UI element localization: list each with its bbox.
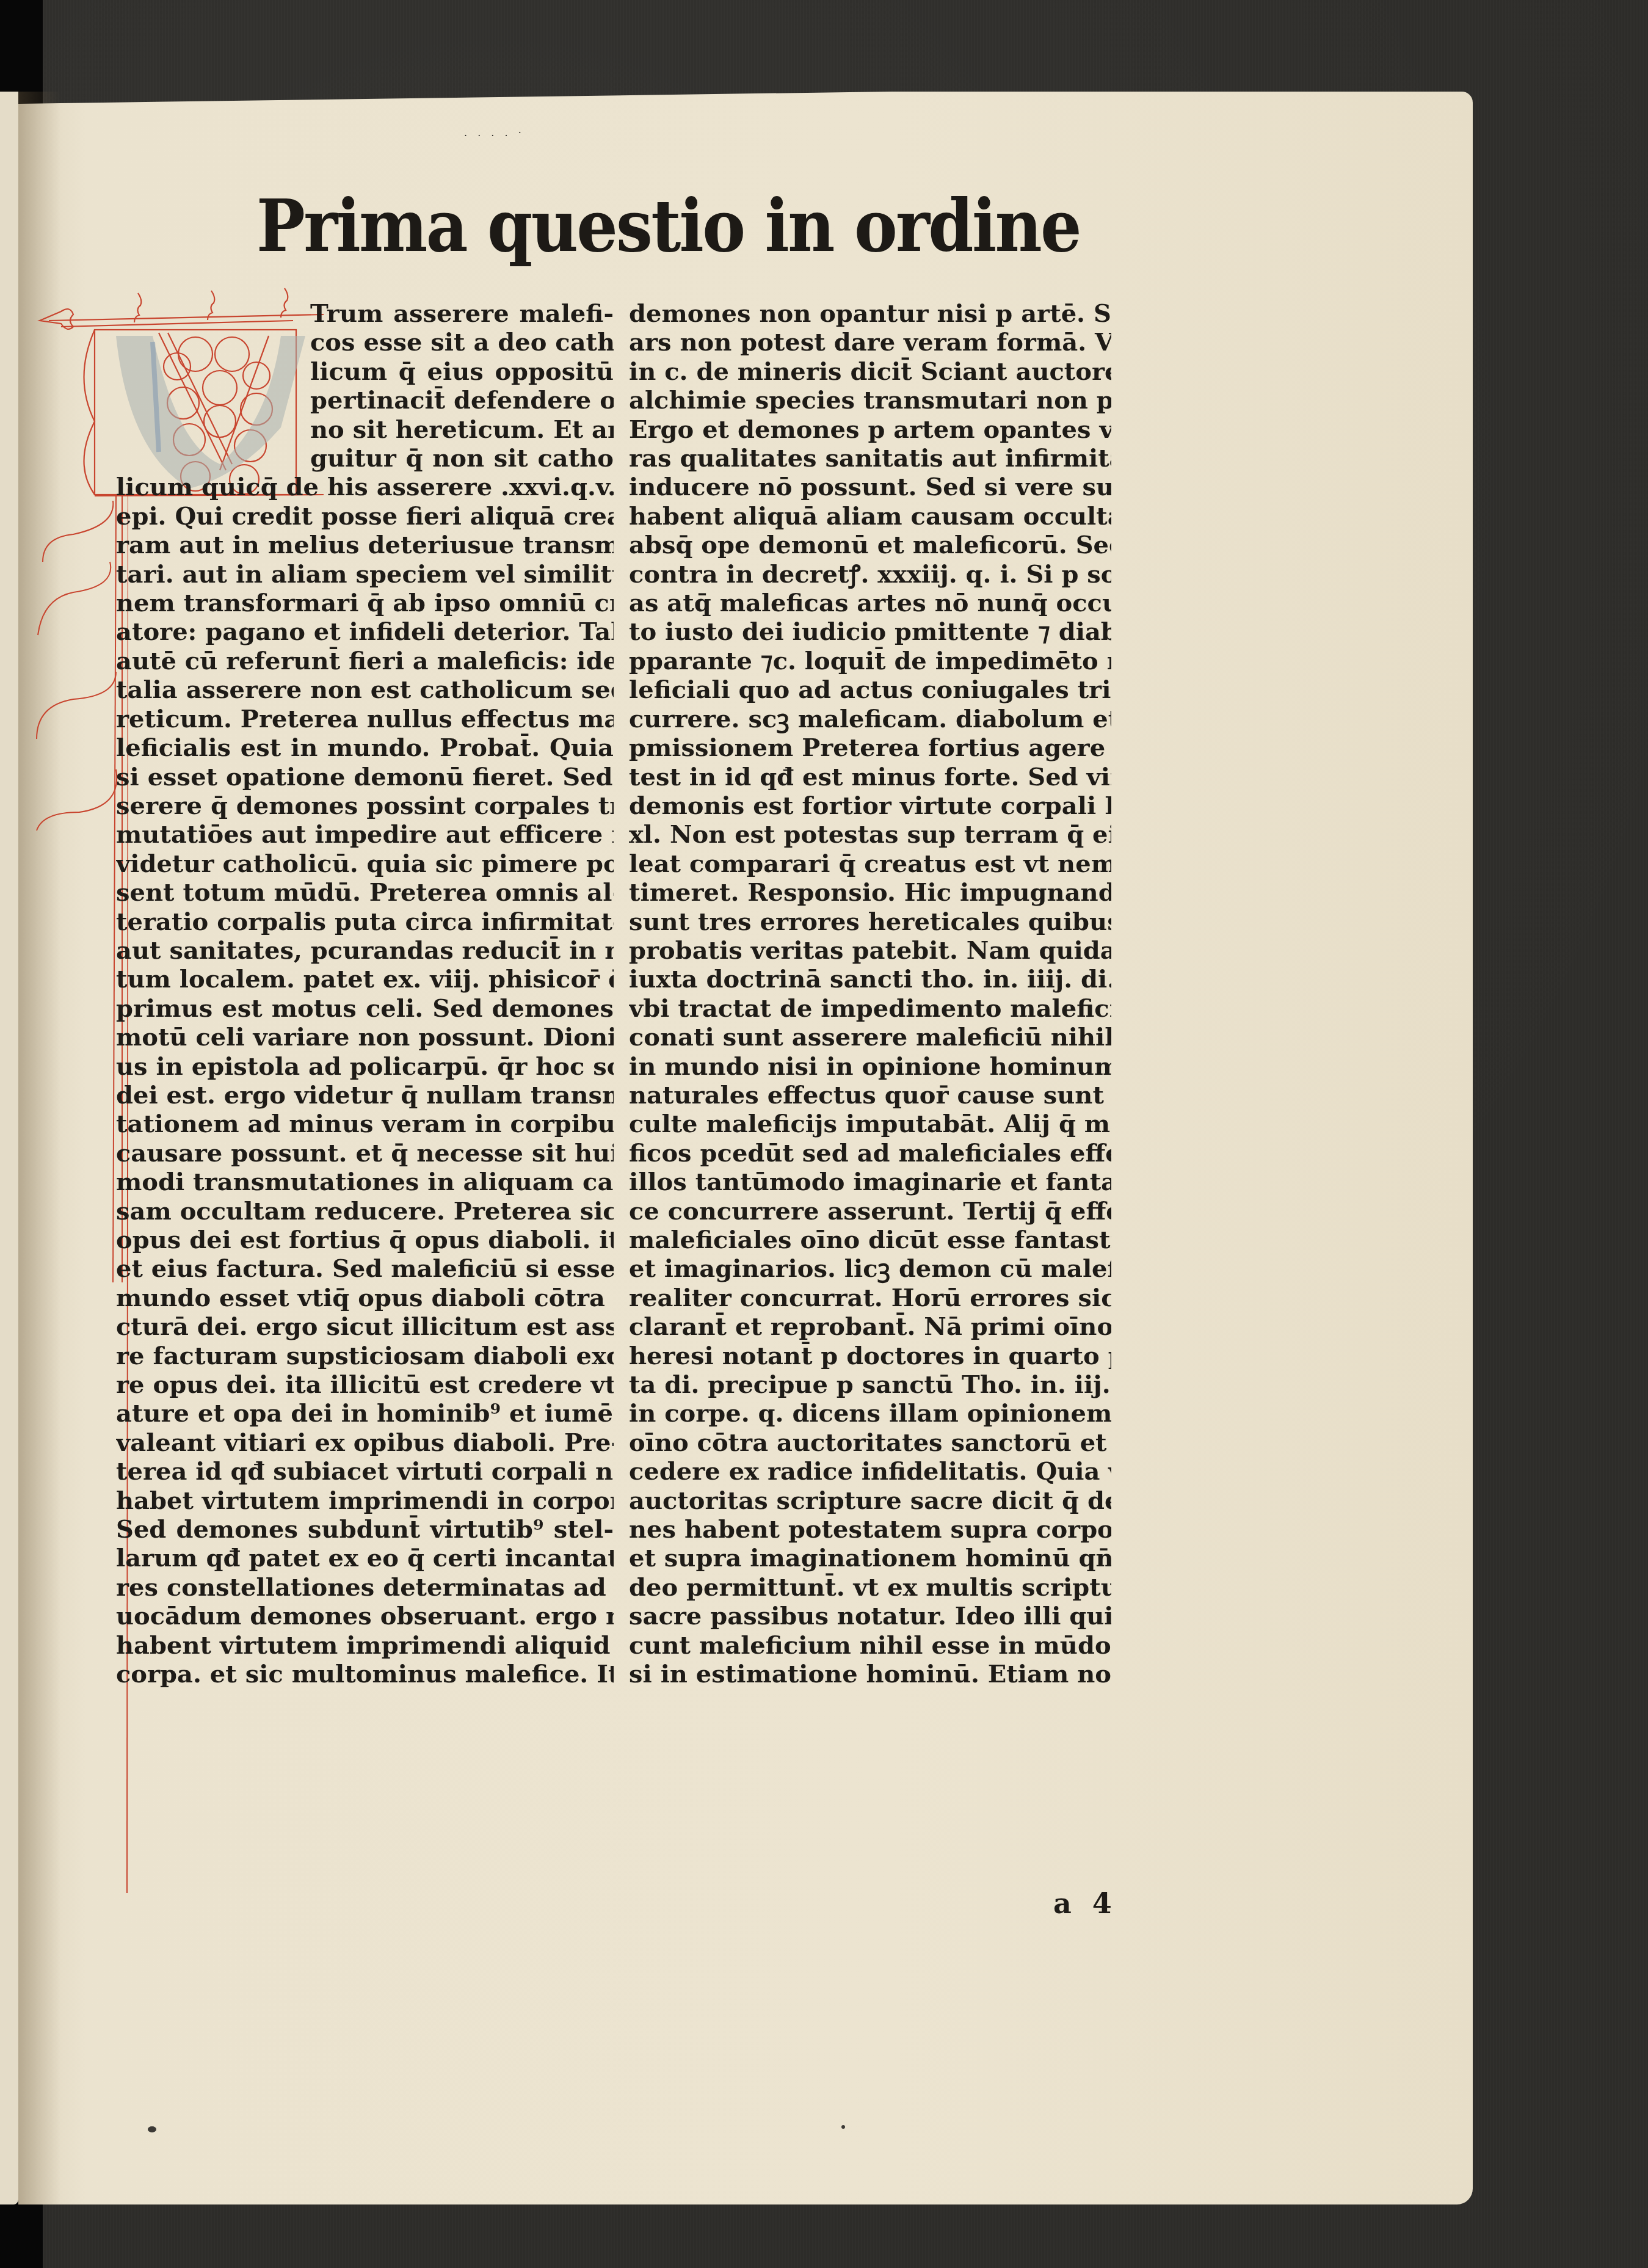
text-line: videtur catholicū. quia sic pimere pos-: [116, 849, 614, 878]
text-line: illos tantūmodo imaginarie et fantasti: [629, 1168, 1111, 1196]
text-line: primus est motus celi. Sed demones: [116, 994, 614, 1023]
text-line: habet virtutem imprimendi in corpora: [116, 1486, 614, 1515]
text-line: re opus dei. ita illicitū est credere vt…: [116, 1370, 614, 1399]
text-line: cos esse sit a deo catho-: [310, 328, 614, 357]
text-line: to iusto dei iudicio pmittente ⁊ diabolo: [629, 617, 1111, 646]
text-line: talia asserere non est catholicum sed he…: [116, 675, 614, 704]
text-line: leficiali quo ad actus coniugales tria c…: [629, 675, 1111, 704]
text-line: nes habent potestatem supra corporalia: [629, 1515, 1111, 1544]
text-line: causare possunt. et q̄ necesse sit huius…: [116, 1139, 614, 1168]
text-line: pmissionem Preterea fortius agere po: [629, 733, 1111, 762]
page-title: Prima questio in ordine: [256, 183, 1080, 268]
text-line: ram aut in melius deteriusue transmu: [116, 531, 614, 559]
text-line: si in estimatione hominū. Etiam non: [629, 1660, 1111, 1688]
text-line: test in id qđ est minus forte. Sed virt⁹: [629, 763, 1111, 791]
text-line: inducere nō possunt. Sed si vere sunt: [629, 473, 1111, 501]
text-line: as atq̄ maleficas artes nō nunq̄ occul: [629, 589, 1111, 617]
text-line: motū celi variare non possunt. Dionisi: [116, 1023, 614, 1052]
text-line: et supra imaginationem hominū qn̄ a: [629, 1544, 1111, 1572]
text-line: ficos pcedūt sed ad maleficiales effect⁹: [629, 1139, 1111, 1168]
text-line: si esset opatione demonū fieret. Sed as: [116, 763, 614, 791]
text-line: sunt tres errores hereticales quibus re: [629, 907, 1111, 936]
paper-speck: [148, 2126, 156, 2132]
text-line: clarant̄ et reprobant̄. Nā primi oīno de: [629, 1312, 1111, 1341]
text-line: atore: pagano et infideli deterior. Tali…: [116, 617, 614, 646]
text-line: timeret. Responsio. Hic impugnandi: [629, 878, 1111, 907]
text-line: opus dei est fortius q̄ opus diaboli. it…: [116, 1226, 614, 1254]
text-line: res constellationes determinatas ad in: [116, 1573, 614, 1602]
text-column-right: demones non opantur nisi p artē. Sed ars…: [629, 299, 1111, 1689]
text-line: habent aliquā aliam causam occultam: [629, 502, 1111, 531]
text-line: re facturam supsticiosam diaboli excede-: [116, 1342, 614, 1370]
text-line: pparante ⁊c. loquit̄ de impedimēto ma-: [629, 647, 1111, 675]
text-line: pertinacit̄ defendere oī-: [310, 386, 614, 415]
text-line: sacre passibus notatur. Ideo illi qui di: [629, 1602, 1111, 1630]
text-line: probatis veritas patebit. Nam quidam: [629, 936, 1111, 965]
text-line: reticum. Preterea nullus effectus ma-: [116, 705, 614, 733]
text-line: in c. de mineris dicit̄ Sciant auctores: [629, 357, 1111, 386]
text-line: conati sunt asserere maleficiū nihil ess…: [629, 1023, 1111, 1052]
text-line: culte maleficijs imputabāt. Alij q̄ male: [629, 1110, 1111, 1138]
text-line: cunt maleficium nihil esse in mūdo ni-: [629, 1631, 1111, 1660]
text-line: nem transformari q̄ ab ipso omniū cre: [116, 589, 614, 617]
text-line: aut sanitates, pcurandas reducit̄ in mo: [116, 936, 614, 965]
text-line: in mundo nisi in opinione hominum q̄: [629, 1052, 1111, 1081]
text-line: autē cū referunt̄ fieri a maleficis: ide…: [116, 647, 614, 675]
text-line: heresi notant̄ p doctores in quarto pfa-: [629, 1342, 1111, 1370]
previous-page-edge: [0, 92, 18, 2204]
text-line: Trum asserere malefi-: [310, 299, 614, 328]
text-line: absq̄ ope demonū et maleficorū. Sed: [629, 531, 1111, 559]
text-line: modi transmutationes in aliquam cau: [116, 1168, 614, 1196]
text-line: valeant vitiari ex opibus diaboli. Pre-: [116, 1428, 614, 1457]
text-line: teratio corpalis puta circa infirmitates: [116, 907, 614, 936]
text-line: epi. Qui credit posse fieri aliquā creat…: [116, 502, 614, 531]
text-line: tationem ad minus veram in corpibus: [116, 1110, 614, 1138]
text-line: tari. aut in aliam speciem vel similitud…: [116, 560, 614, 589]
text-line: cedere ex radice infidelitatis. Quia vbi: [629, 1457, 1111, 1486]
text-line: sam occultam reducere. Preterea sicut: [116, 1197, 614, 1226]
text-line: leficialis est in mundo. Probat̄. Quia: [116, 733, 614, 762]
text-line: contra in decretꝭ. xxxiij. q. i. Si p so…: [629, 560, 1111, 589]
rubrication-margin-lines: [24, 489, 128, 1893]
text-line: terea id qđ subiacet virtuti corpali non: [116, 1457, 614, 1486]
paper-speck: [841, 2125, 845, 2129]
text-line: Sed demones subdunt̄ virtutib⁹ stel-: [116, 1515, 614, 1544]
text-line: us in epistola ad policarpū. q̄r hoc sol…: [116, 1052, 614, 1081]
text-line: xl. Non est potestas sup terram q̄ ei va…: [629, 820, 1111, 849]
text-line: alchimie species transmutari non posse: [629, 386, 1111, 415]
text-line: ars non potest dare veram formā. Vnđ: [629, 328, 1111, 357]
text-line: licum q̄ eius oppositū: [310, 357, 614, 386]
text-line: oīno cōtra auctoritates sanctorū et p-: [629, 1428, 1111, 1457]
text-line: realiter concurrat. Horū errores sic de: [629, 1284, 1111, 1312]
text-line: serere q̄ demones possint corpales trās: [116, 791, 614, 820]
text-line: tum localem. patet ex. viij. phisicor̄ q…: [116, 965, 614, 994]
text-line: leat comparari q̄ creatus est vt nemiē: [629, 849, 1111, 878]
text-line: uocādum demones obseruant. ergo nō: [116, 1602, 614, 1630]
text-line: sent totum mūdū. Preterea omnis al-: [116, 878, 614, 907]
text-line: corpa. et sic multominus malefice. Itē: [116, 1660, 614, 1688]
text-line: larum qđ patet ex eo q̄ certi incantato-: [116, 1544, 614, 1572]
text-line: naturales effectus quor̄ cause sunt oc-: [629, 1081, 1111, 1110]
text-line: cturā dei. ergo sicut illicitum est asse…: [116, 1312, 614, 1341]
text-line: ature et opa dei in hominib⁹ et iumētis: [116, 1399, 614, 1428]
text-line: maleficiales oīno dicūt esse fantasticos: [629, 1226, 1111, 1254]
text-line: deo permittunt̄. vt ex multis scripture: [629, 1573, 1111, 1602]
text-line: currere. scꝫ maleficam. diabolum et dei: [629, 705, 1111, 733]
text-line: ce concurrere asserunt. Tertij q̄ effect…: [629, 1197, 1111, 1226]
text-line: ras qualitates sanitatis aut infirmitatꝭ: [629, 444, 1111, 473]
text-line: guitur q̄ non sit catho: [310, 444, 614, 473]
text-line: mutatiōes aut impedire aut efficere nō: [116, 820, 614, 849]
text-line: no sit hereticum. Et ar: [310, 415, 614, 444]
text-line: demonis est fortior virtute corpali Iob: [629, 791, 1111, 820]
text-line: dei est. ergo videtur q̄ nullam transmu: [116, 1081, 614, 1110]
text-line: demones non opantur nisi p artē. Sed: [629, 299, 1111, 328]
faint-printed-marks: . . . . ·: [464, 127, 525, 139]
text-column-left: Trum asserere malefi- cos esse sit a deo…: [116, 299, 614, 1689]
text-line: mundo esset vtiq̄ opus diaboli cōtra fa: [116, 1284, 614, 1312]
text-line: Ergo et demones p artem opantes ve-: [629, 415, 1111, 444]
text-line: iuxta doctrinā sancti tho. in. iiij. di.…: [629, 965, 1111, 994]
signature-mark: a 4: [1053, 1887, 1112, 1920]
text-line: licum quicq̄ de his asserere .xxvi.q.v.: [116, 473, 614, 501]
text-line: et eius factura. Sed maleficiū si esset …: [116, 1254, 614, 1283]
text-line: habent virtutem imprimendi aliquid ī: [116, 1631, 614, 1660]
text-line: in corpe. q. dicens illam opinionem esse: [629, 1399, 1111, 1428]
text-line: auctoritas scripture sacre dicit q̄ demo: [629, 1486, 1111, 1515]
text-line: vbi tractat de impedimento maleficiali: [629, 994, 1111, 1023]
text-line: et imaginarios. licꝫ demon cū malefica: [629, 1254, 1111, 1283]
text-line: ta di. precipue p sanctū Tho. in. iij. a…: [629, 1370, 1111, 1399]
